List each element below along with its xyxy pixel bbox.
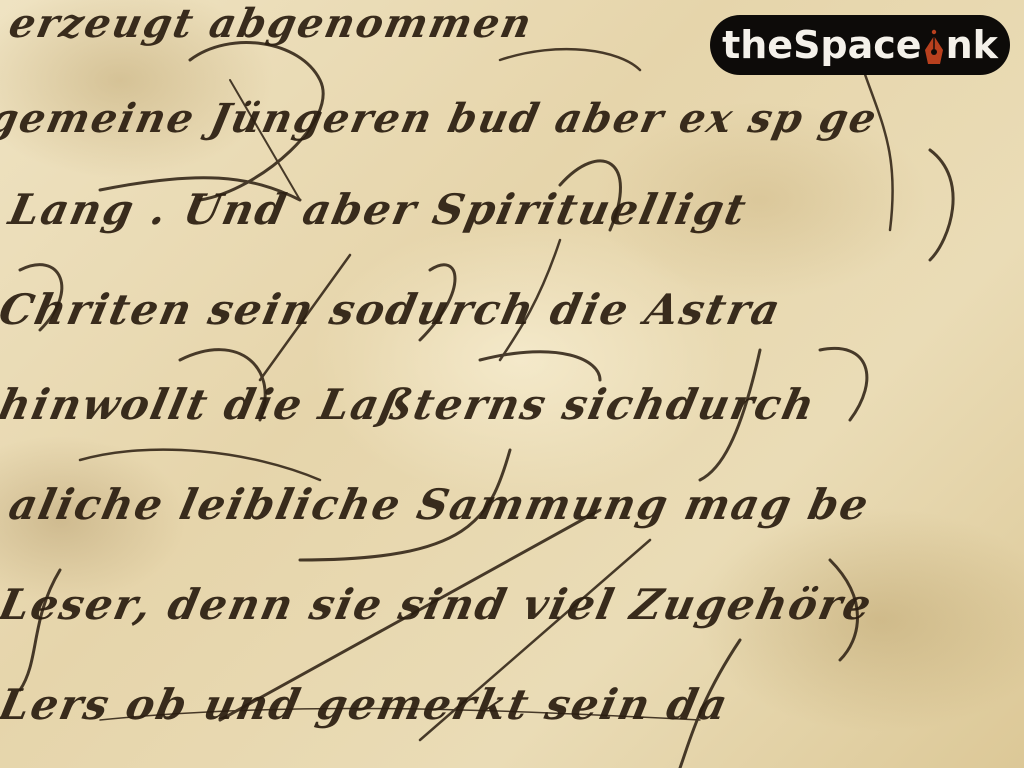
manuscript-line: aliche leibliche Sammung mag be: [5, 480, 875, 529]
pen-nib-icon: [923, 28, 945, 66]
thespaceink-watermark-logo: theSpace nk: [710, 15, 1010, 75]
manuscript-line: Chriten sein sodurch die Astra: [0, 285, 786, 334]
logo-text-before: theSpace: [722, 23, 922, 67]
manuscript-line: gemeine Jüngeren bud aber ex sp ge: [0, 95, 882, 142]
manuscript-line: Leser, denn sie sind viel Zugehöre: [0, 580, 877, 629]
manuscript-line: Lang . Und aber Spirituelligt: [5, 185, 752, 234]
manuscript-line: Lers ob und gemerkt sein da: [0, 680, 733, 729]
manuscript-line: erzeugt abgenommen: [5, 0, 537, 47]
manuscript-line: hinwollt die Laßterns sichdurch: [0, 380, 821, 429]
logo-text-after: nk: [946, 23, 998, 67]
